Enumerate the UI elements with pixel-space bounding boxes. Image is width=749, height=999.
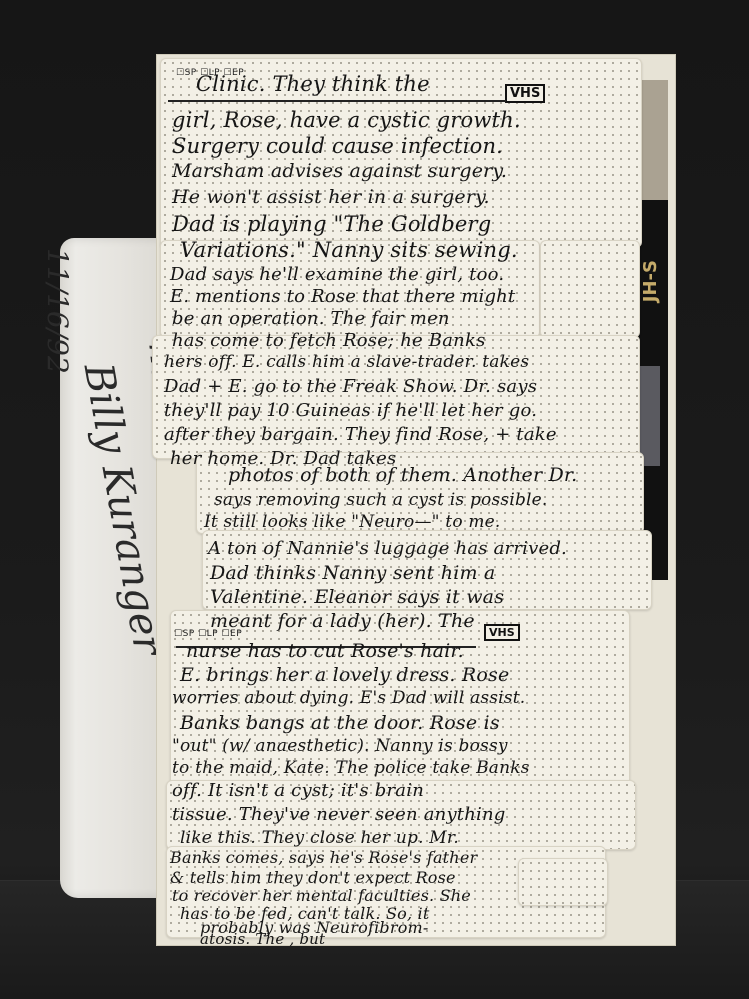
note-line: Marsham advises against surgery.: [172, 160, 507, 182]
note-line: Dad is playing "The Goldberg: [172, 212, 491, 236]
note-line: & tells him they don't expect Rose: [170, 868, 456, 887]
note-line: be an operation. The fair men: [172, 308, 450, 329]
note-line: Surgery could cause infection.: [172, 134, 503, 158]
label-2b: [540, 240, 640, 338]
note-line: girl, Rose, have a cystic growth.: [172, 108, 521, 132]
note-line: like this. They close her up. Mr.: [180, 828, 459, 848]
note-line: says removing such a cyst is possible.: [214, 490, 548, 510]
note-line: to the maid, Kate. The police take Banks: [172, 758, 530, 778]
spine-label: JH-S: [640, 260, 661, 302]
note-line: Variations." Nanny sits sewing.: [180, 238, 518, 262]
note-line: "out" (w/ anaesthetic). Nanny is bossy: [172, 736, 508, 756]
note-line: Valentine. Eleanor says it was: [210, 586, 504, 608]
note-line: It still looks like "Neuro—" to me.: [204, 512, 501, 532]
note-line: Dad + E. go to the Freak Show. Dr. says: [164, 376, 537, 397]
note-line: Dad thinks Nanny sent him a: [210, 562, 495, 584]
note-line: has come to fetch Rose; he Banks: [172, 330, 486, 351]
note-line: meant for a lady (her). The: [210, 610, 475, 632]
note-line: atosis. The , but: [200, 930, 325, 948]
note-line: nurse has to cut Rose's hair.: [186, 640, 464, 662]
note-line: He won't assist her in a surgery.: [172, 186, 490, 208]
scroll-date: 11/16/92: [41, 248, 74, 374]
note-line: to recover her mental faculties. She: [172, 886, 471, 905]
note-line: A ton of Nannie's luggage has arrived.: [208, 538, 567, 559]
note-line: they'll pay 10 Guineas if he'll let her …: [164, 400, 537, 421]
note-line: Clinic. They think the: [196, 72, 430, 96]
note-line: E. mentions to Rose that there might: [170, 286, 515, 307]
note-line: photos of both of them. Another Dr.: [228, 464, 577, 486]
note-line: tissue. They've never seen anything: [172, 804, 506, 825]
vhs-logo-top: VHS: [505, 84, 545, 103]
note-line: worries about dying. E's Dad will assist…: [172, 688, 525, 708]
note-line: Banks bangs at the door. Rose is: [180, 712, 500, 734]
note-line: Dad says he'll examine the girl, too.: [170, 264, 504, 285]
note-line: off. It isn't a cyst; it's brain: [172, 780, 424, 801]
note-line: hers off. E. calls him a slave-trader. t…: [164, 352, 529, 372]
label-8b: [518, 858, 608, 906]
vhs-logo-bottom: VHS: [484, 624, 520, 641]
label-rule-top: [168, 100, 506, 102]
note-line: after they bargain. They find Rose, + ta…: [164, 424, 557, 445]
note-line: Banks comes, says he's Rose's father: [170, 848, 477, 867]
note-line: E. brings her a lovely dress. Rose: [180, 664, 509, 686]
